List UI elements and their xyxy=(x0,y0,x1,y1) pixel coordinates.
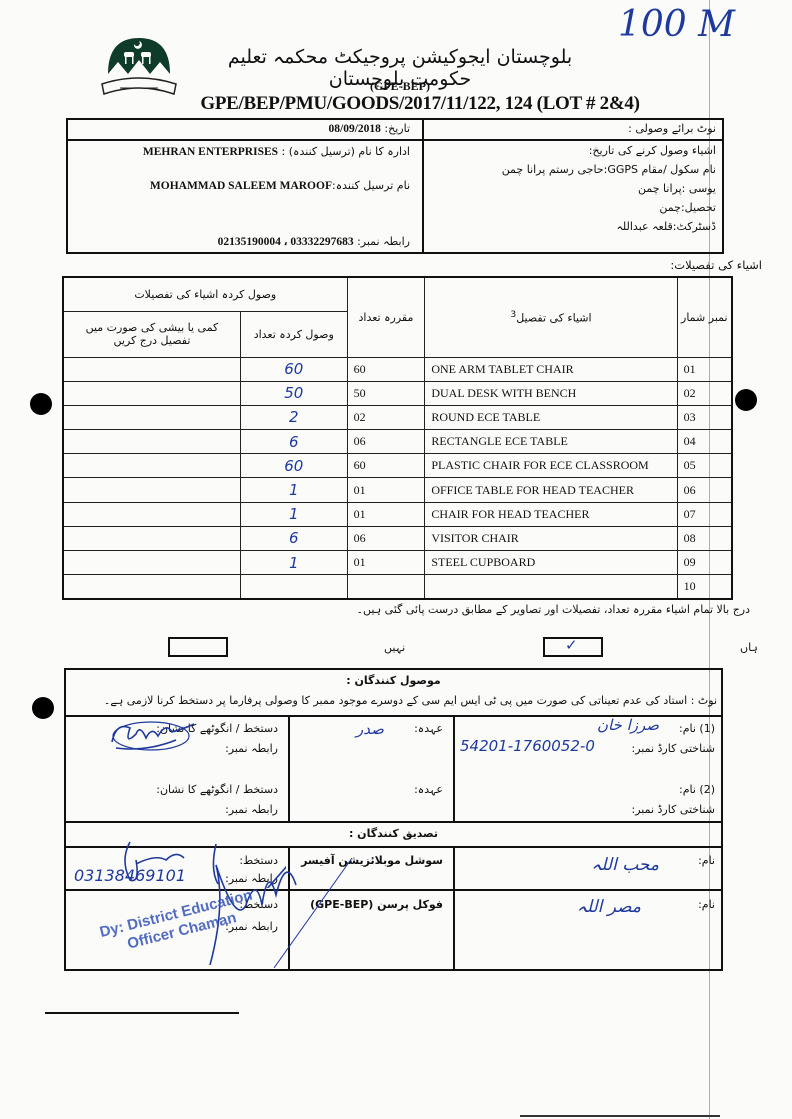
receivers-note: نوٹ : استاد کی عدم تعیناتی کی صورت میں پ… xyxy=(104,694,717,707)
table-row: 10 xyxy=(63,575,732,599)
supplier-org-value: MEHRAN ENTERPRISES xyxy=(143,146,278,158)
receiver-1-cnic-value[interactable]: 54201-1760052-0 xyxy=(460,737,595,755)
district-line: ڈسٹرکٹ:قلعہ عبداللہ xyxy=(616,220,716,233)
description-cell: DUAL DESK WITH BENCH xyxy=(425,381,677,405)
receiver-2-designation-label: عہدہ: xyxy=(414,783,443,796)
serial-cell: 02 xyxy=(677,381,732,405)
allocated-qty-cell: 01 xyxy=(347,502,425,526)
receivers-title: موصول کنندگان : xyxy=(66,674,721,687)
received-qty-cell[interactable]: 1 xyxy=(289,554,299,572)
table-row: 1 01 OFFICE TABLE FOR HEAD TEACHER 06 xyxy=(63,478,732,502)
header-serial: نمبر شمار xyxy=(677,277,732,357)
remarks-cell[interactable] xyxy=(63,526,240,550)
remarks-cell[interactable] xyxy=(63,478,240,502)
allocated-qty-cell: 06 xyxy=(347,430,425,454)
received-qty-cell[interactable]: 1 xyxy=(289,505,299,523)
remarks-cell[interactable] xyxy=(63,575,240,599)
receiver-1-signature[interactable] xyxy=(106,718,196,757)
contact-label: رابطہ نمبر: xyxy=(357,235,410,248)
bottom-edge-rule xyxy=(520,1115,720,1117)
allocated-qty-cell: 60 xyxy=(347,357,425,381)
header-remarks: کمی یا بیشی کی صورت میں تفصیل درج کریں xyxy=(63,311,240,357)
serial-cell: 04 xyxy=(677,430,732,454)
header-received-qty: وصول کردہ تعداد xyxy=(240,311,347,357)
table-row: 1 01 STEEL CUPBOARD 09 xyxy=(63,551,732,575)
receiver-2-cnic-label: شناختی کارڈ نمبر: xyxy=(632,803,715,816)
verifier-2-name-label: نام: xyxy=(698,898,715,911)
verifier-2-name-value[interactable]: مصر اللہ xyxy=(577,896,641,917)
receipt-date-label: اشیاء وصول کرنے کی تاریخ: xyxy=(589,144,716,157)
remarks-cell[interactable] xyxy=(63,405,240,429)
header-description-label: اشیاء کی تفصیل xyxy=(516,312,591,325)
received-qty-cell[interactable]: 60 xyxy=(284,360,303,378)
verifier-1-name-label: نام: xyxy=(698,854,715,867)
allocated-qty-cell xyxy=(347,575,425,599)
description-cell: ROUND ECE TABLE xyxy=(425,405,677,429)
header-received-details: وصول کردہ اشیاء کی تفصیلات xyxy=(63,277,347,311)
table-row: 1 01 CHAIR FOR HEAD TEACHER 07 xyxy=(63,502,732,526)
table-row: 6 06 RECTANGLE ECE TABLE 04 xyxy=(63,430,732,454)
divider xyxy=(453,846,455,969)
serial-cell: 05 xyxy=(677,454,732,478)
receipt-note-label: نوٹ برائے وصولی : xyxy=(628,122,716,135)
date-value: 08/09/2018 xyxy=(329,123,381,135)
items-section-label: اشیاء کی تفصیلات: xyxy=(670,258,762,272)
allocated-qty-cell: 01 xyxy=(347,551,425,575)
received-qty-cell[interactable]: 50 xyxy=(284,384,303,402)
received-qty-cell[interactable]: 2 xyxy=(289,408,299,426)
school-line: نام سکول /مقام GGPS:حاجی رستم پرانا چمن xyxy=(502,163,716,176)
receiver-1-cnic-label: شناختی کارڈ نمبر: xyxy=(632,742,715,755)
table-row: 60 60 PLASTIC CHAIR FOR ECE CLASSROOM 05 xyxy=(63,454,732,478)
receiver-1-contact-label: رابطہ نمبر: xyxy=(225,742,278,755)
tehsil-line: تحصیل:چمن xyxy=(659,201,716,214)
no-checkbox[interactable] xyxy=(168,637,228,657)
serial-cell: 06 xyxy=(677,478,732,502)
divider xyxy=(453,715,455,821)
receiver-2-name-label: (2) نام: xyxy=(679,783,715,796)
remarks-cell[interactable] xyxy=(63,381,240,405)
description-cell: VISITOR CHAIR xyxy=(425,526,677,550)
description-cell: RECTANGLE ECE TABLE xyxy=(425,430,677,454)
no-label: نہیں xyxy=(384,641,405,654)
header-description: اشیاء کی تفصیل3 xyxy=(425,277,677,357)
punch-hole-left-bottom xyxy=(32,697,54,719)
diagonal-strike xyxy=(274,858,354,971)
receiver-2-signature-label: دستخط / انگوٹھے کا نشان: xyxy=(156,783,278,796)
supplier-org-label: ادارہ کا نام (ترسیل کنندہ) : xyxy=(282,145,410,158)
supplier-person-label: نام ترسیل کنندہ: xyxy=(332,179,410,192)
remarks-cell[interactable] xyxy=(63,551,240,575)
remarks-cell[interactable] xyxy=(63,502,240,526)
receiver-1-designation-value[interactable]: صدر xyxy=(356,720,384,738)
remarks-cell[interactable] xyxy=(63,454,240,478)
allocated-qty-cell: 60 xyxy=(347,454,425,478)
supplier-org-row: MEHRAN ENTERPRISES ادارہ کا نام (ترسیل ک… xyxy=(143,145,410,158)
serial-cell: 10 xyxy=(677,575,732,599)
received-qty-cell[interactable]: 60 xyxy=(284,457,303,475)
table-row: 2 02 ROUND ECE TABLE 03 xyxy=(63,405,732,429)
remarks-cell[interactable] xyxy=(63,430,240,454)
serial-cell: 07 xyxy=(677,502,732,526)
government-emblem-logo xyxy=(98,34,180,98)
date-label: تاریخ: xyxy=(384,122,410,135)
table-row: 50 50 DUAL DESK WITH BENCH 02 xyxy=(63,381,732,405)
items-table: وصول کردہ اشیاء کی تفصیلات مقررہ تعداد ا… xyxy=(62,276,733,600)
description-cell: OFFICE TABLE FOR HEAD TEACHER xyxy=(425,478,677,502)
serial-cell: 08 xyxy=(677,526,732,550)
delivery-info-box: 08/09/2018 تاریخ: MEHRAN ENTERPRISES ادا… xyxy=(66,118,724,254)
serial-cell: 01 xyxy=(677,357,732,381)
yes-checkbox[interactable]: ✓ xyxy=(543,637,603,657)
allocated-qty-cell: 01 xyxy=(347,478,425,502)
allocated-qty-cell: 50 xyxy=(347,381,425,405)
header-allocated-qty: مقررہ تعداد xyxy=(347,277,425,357)
description-cell xyxy=(425,575,677,599)
received-qty-cell[interactable]: 6 xyxy=(289,529,299,547)
allocated-qty-cell: 02 xyxy=(347,405,425,429)
receiver-1-name-value[interactable]: صرزا خان xyxy=(597,716,659,734)
serial-cell: 03 xyxy=(677,405,732,429)
description-cell: STEEL CUPBOARD xyxy=(425,551,677,575)
allocated-qty-cell: 06 xyxy=(347,526,425,550)
serial-cell: 09 xyxy=(677,551,732,575)
punch-hole-left-top xyxy=(30,393,52,415)
remarks-cell[interactable] xyxy=(63,357,240,381)
table-row: 60 60 ONE ARM TABLET CHAIR 01 xyxy=(63,357,732,381)
description-cell: CHAIR FOR HEAD TEACHER xyxy=(425,502,677,526)
uc-line: یوسی :پرانا چمن xyxy=(638,182,716,195)
date-row: 08/09/2018 تاریخ: xyxy=(329,122,410,135)
verifier-1-name-value[interactable]: محب اللہ xyxy=(591,854,659,875)
table-row: 6 06 VISITOR CHAIR 08 xyxy=(63,526,732,550)
confirmation-statement: درج بالا تمام اشیاء مقررہ تعداد، تفصیلات… xyxy=(60,603,750,616)
contact-row: 02135190004 ، 03332297683 رابطہ نمبر: xyxy=(218,234,410,248)
verifiers-title: تصدیق کنندگان : xyxy=(66,827,721,840)
check-mark-icon: ✓ xyxy=(565,636,578,654)
yes-label: ہاں xyxy=(740,641,758,654)
divider xyxy=(288,715,290,821)
reference-number: GPE/BEP/PMU/GOODS/2017/11/122, 124 (LOT … xyxy=(170,93,670,115)
footnote-rule xyxy=(45,1012,239,1014)
receiver-2-contact-label: رابطہ نمبر: xyxy=(225,803,278,816)
receiver-1-designation-label: عہدہ: xyxy=(414,722,443,735)
contact-value: 02135190004 ، 03332297683 xyxy=(218,236,354,248)
description-cell: ONE ARM TABLET CHAIR xyxy=(425,357,677,381)
info-divider-horizontal xyxy=(68,139,722,141)
description-cell: PLASTIC CHAIR FOR ECE CLASSROOM xyxy=(425,454,677,478)
handwritten-corner-note: 100 M xyxy=(618,4,735,45)
received-qty-cell[interactable]: 1 xyxy=(289,481,299,499)
divider xyxy=(66,821,721,823)
received-qty-cell[interactable]: 6 xyxy=(289,433,299,451)
program-code: (GPE-BEP) xyxy=(300,79,500,94)
supplier-person-value: MOHAMMAD SALEEM MAROOF xyxy=(150,180,332,192)
supplier-person-row: MOHAMMAD SALEEM MAROOFنام ترسیل کنندہ: xyxy=(150,179,410,192)
receiver-1-name-label: (1) نام: xyxy=(679,722,715,735)
punch-hole-right xyxy=(735,389,757,411)
